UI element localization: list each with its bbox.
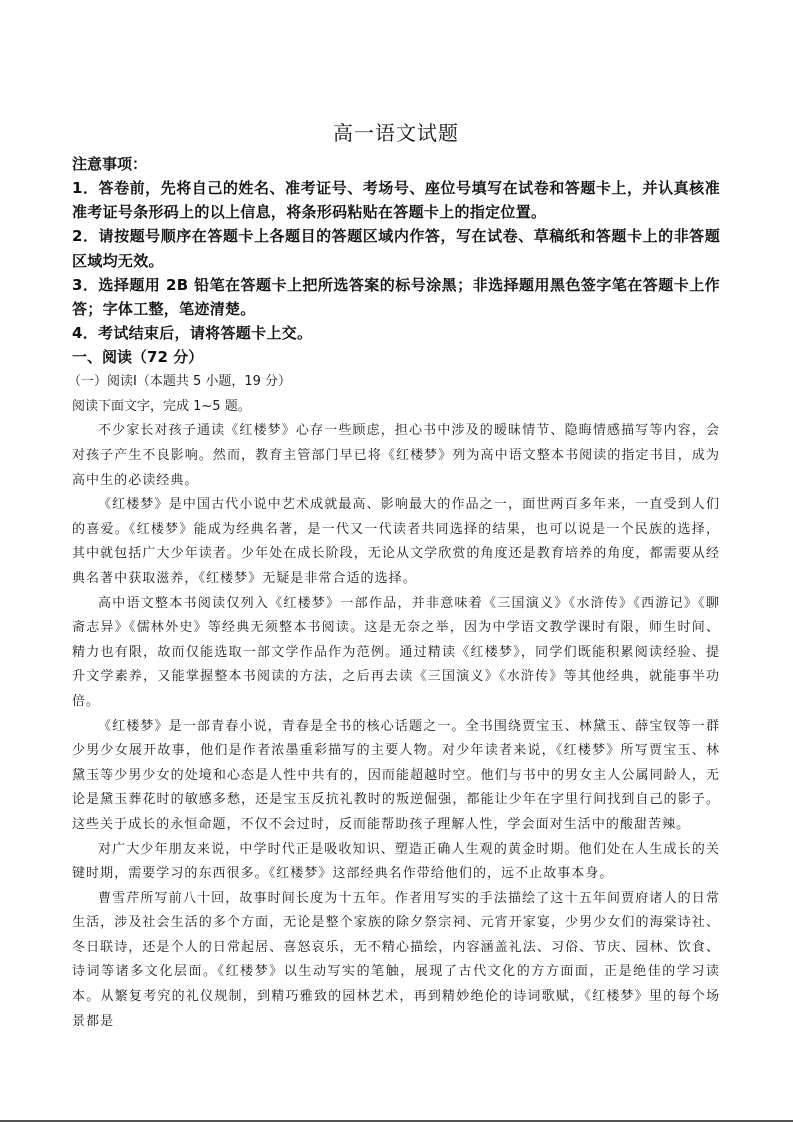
- passage-paragraph-6: 曹雪芹所写前八十回，故事时间长度为十五年。作者用写实的手法描绘了这十五年间贾府诸…: [72, 887, 720, 1035]
- exam-title: 高一语文试题: [72, 118, 720, 148]
- passage-paragraph-2: 《红楼梦》是中国古代小说中艺术成就最高、影响最大的作品之一，面世两百多年来，一直…: [72, 493, 720, 591]
- notice-item-2: 2．请按题号顺序在答题卡上各题目的答题区域内作答，写在试卷、草稿纸和答题卡上的非…: [72, 224, 720, 272]
- notice-heading: 注意事项：: [72, 152, 720, 176]
- passage-paragraph-3: 高中语文整本书阅读仅列入《红楼梦》一部作品，并非意味着《三国演义》《水浒传》《西…: [72, 592, 720, 715]
- reading-instruction: 阅读下面文字，完成 1~5 题。: [72, 394, 720, 419]
- passage-paragraph-1: 不少家长对孩子通读《红楼梦》心存一些顾虑，担心书中涉及的暧昧情节、隐晦情感描写等…: [72, 419, 720, 493]
- notice-item-3: 3．选择题用 2B 铅笔在答题卡上把所选答案的标号涂黑；非选择题用黑色签字笔在答…: [72, 273, 720, 321]
- section-heading: 一、阅读（72 分）: [72, 345, 720, 369]
- exam-page: 高一语文试题 注意事项： 1．答卷前，先将自己的姓名、准考证号、考场号、座位号填…: [72, 118, 720, 1034]
- subsection-heading: （一）阅读Ⅰ（本题共 5 小题，19 分）: [68, 369, 720, 394]
- reading-section: 一、阅读（72 分） （一）阅读Ⅰ（本题共 5 小题，19 分） 阅读下面文字，…: [72, 345, 720, 1034]
- notice-item-1: 1．答卷前，先将自己的姓名、准考证号、考场号、座位号填写在试卷和答题卡上，并认真…: [72, 176, 720, 224]
- notice-item-4: 4．考试结束后，请将答题卡上交。: [72, 321, 720, 345]
- notice-block: 注意事项： 1．答卷前，先将自己的姓名、准考证号、考场号、座位号填写在试卷和答题…: [72, 152, 720, 345]
- reading-passage: 不少家长对孩子通读《红楼梦》心存一些顾虑，担心书中涉及的暧昧情节、隐晦情感描写等…: [72, 419, 720, 1034]
- passage-paragraph-5: 对广大少年朋友来说，中学时代正是吸收知识、塑造正确人生观的黄金时期。他们处在人生…: [72, 838, 720, 887]
- passage-paragraph-4: 《红楼梦》是一部青春小说，青春是全书的核心话题之一。全书围绕贾宝玉、林黛玉、薛宝…: [72, 715, 720, 838]
